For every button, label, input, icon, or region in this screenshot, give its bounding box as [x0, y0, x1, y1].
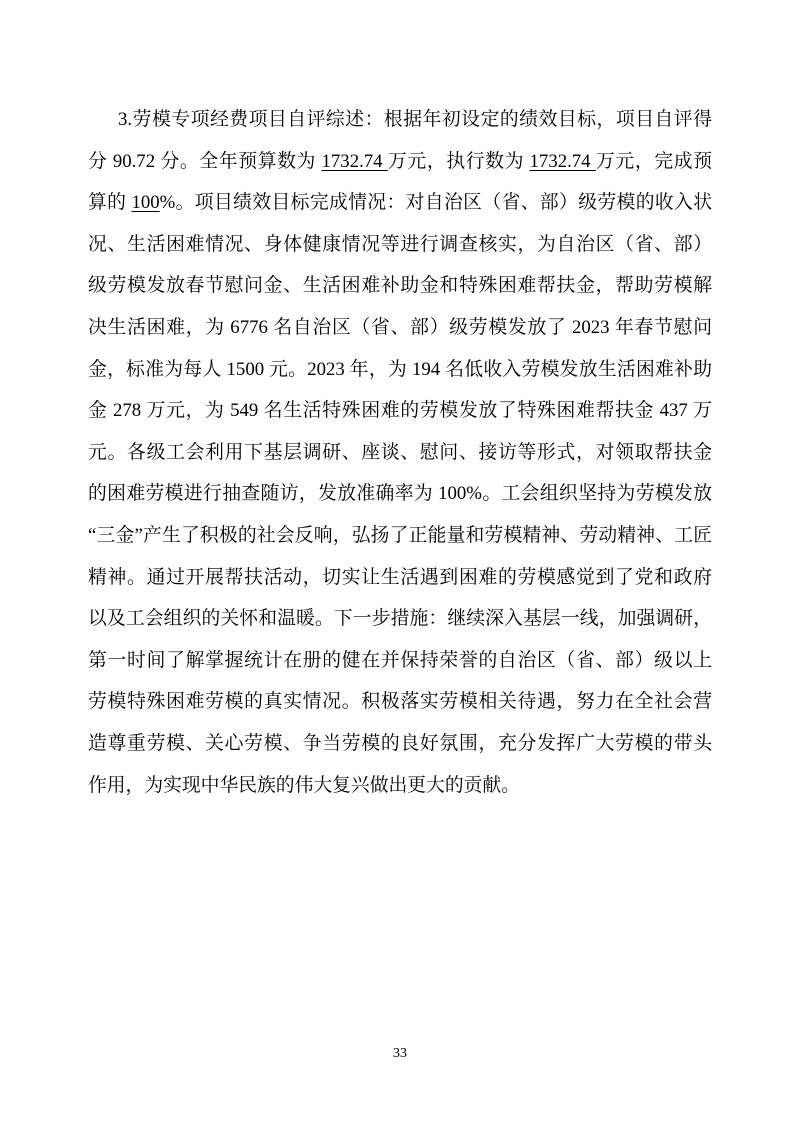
text-line: 况、生活困难情况、身体健康情况等进行调查核实，为自治区（省、部） — [88, 224, 712, 266]
text-segment: %。项目绩效目标完成情况：对自治区（省、部）级劳模的收入状 — [160, 192, 712, 213]
text-line: 分 90.72 分。全年预算数为 1732.74 万元，执行数为 1732.74… — [88, 141, 712, 183]
text-segment: 算的 — [88, 192, 131, 213]
document-page: 3.劳模专项经费项目自评综述：根据年初设定的绩效目标，项目自评得分 90.72 … — [0, 0, 800, 1131]
text-line: 元。各级工会利用下基层调研、座谈、慰问、接访等形式，对领取帮扶金 — [88, 432, 712, 474]
underlined-value: 100 — [131, 192, 159, 213]
text-line: 作用，为实现中华民族的伟大复兴做出更大的贡献。 — [88, 765, 712, 807]
text-segment: 分 90.72 分。全年预算数为 — [88, 151, 322, 172]
text-line: 精神。通过开展帮扶活动，切实让生活遇到困难的劳模感觉到了党和政府 — [88, 557, 712, 599]
text-segment: 况、生活困难情况、身体健康情况等进行调查核实，为自治区（省、部） — [88, 234, 712, 255]
text-line: 的困难劳模进行抽查随访，发放准确率为 100%。工会组织坚持为劳模发放 — [88, 473, 712, 515]
text-line: 3.劳模专项经费项目自评综述：根据年初设定的绩效目标，项目自评得 — [88, 99, 712, 141]
text-segment: 劳模特殊困难劳模的真实情况。积极落实劳模相关待遇，努力在全社会营 — [88, 691, 712, 712]
text-segment: 以及工会组织的关怀和温暖。下一步措施：继续深入基层一线，加强调研， — [88, 608, 712, 629]
text-segment: 级劳模发放春节慰问金、生活困难补助金和特殊困难帮扶金，帮助劳模解 — [88, 275, 712, 296]
text-segment: 造尊重劳模、关心劳模、争当劳模的良好氛围，充分发挥广大劳模的带头 — [88, 733, 712, 754]
text-line: 劳模特殊困难劳模的真实情况。积极落实劳模相关待遇，努力在全社会营 — [88, 681, 712, 723]
text-line: 级劳模发放春节慰问金、生活困难补助金和特殊困难帮扶金，帮助劳模解 — [88, 265, 712, 307]
text-segment: 的困难劳模进行抽查随访，发放准确率为 100%。工会组织坚持为劳模发放 — [88, 483, 712, 504]
page-number: 33 — [0, 1046, 800, 1062]
underlined-value: 1732.74 — [530, 151, 596, 172]
text-line: 金 278 万元，为 549 名生活特殊困难的劳模发放了特殊困难帮扶金 437 … — [88, 390, 712, 432]
text-line: 第一时间了解掌握统计在册的健在并保持荣誉的自治区（省、部）级以上 — [88, 640, 712, 682]
underlined-value: 1732.74 — [322, 151, 388, 172]
text-segment: 金，标准为每人 1500 元。2023 年，为 194 名低收入劳模发放生活困难… — [88, 359, 712, 380]
text-segment: 万元，执行数为 — [388, 151, 530, 172]
text-line: 造尊重劳模、关心劳模、争当劳模的良好氛围，充分发挥广大劳模的带头 — [88, 723, 712, 765]
text-segment: “三金”产生了积极的社会反响，弘扬了正能量和劳模精神、劳动精神、工匠 — [88, 525, 712, 546]
text-segment: 决生活困难，为 6776 名自治区（省、部）级劳模发放了 2023 年春节慰问 — [88, 317, 712, 338]
text-line: “三金”产生了积极的社会反响，弘扬了正能量和劳模精神、劳动精神、工匠 — [88, 515, 712, 557]
text-segment: 万元，完成预 — [596, 151, 712, 172]
text-segment: 3.劳模专项经费项目自评综述：根据年初设定的绩效目标，项目自评得 — [118, 109, 712, 130]
text-segment: 第一时间了解掌握统计在册的健在并保持荣誉的自治区（省、部）级以上 — [88, 650, 712, 671]
text-segment: 精神。通过开展帮扶活动，切实让生活遇到困难的劳模感觉到了党和政府 — [88, 567, 712, 588]
body-paragraph: 3.劳模专项经费项目自评综述：根据年初设定的绩效目标，项目自评得分 90.72 … — [88, 99, 712, 806]
text-line: 决生活困难，为 6776 名自治区（省、部）级劳模发放了 2023 年春节慰问 — [88, 307, 712, 349]
text-segment: 元。各级工会利用下基层调研、座谈、慰问、接访等形式，对领取帮扶金 — [88, 442, 712, 463]
text-line: 金，标准为每人 1500 元。2023 年，为 194 名低收入劳模发放生活困难… — [88, 349, 712, 391]
text-segment: 金 278 万元，为 549 名生活特殊困难的劳模发放了特殊困难帮扶金 437 … — [88, 400, 712, 421]
text-line: 以及工会组织的关怀和温暖。下一步措施：继续深入基层一线，加强调研， — [88, 598, 712, 640]
text-line: 算的 100%。项目绩效目标完成情况：对自治区（省、部）级劳模的收入状 — [88, 182, 712, 224]
text-segment: 作用，为实现中华民族的伟大复兴做出更大的贡献。 — [88, 775, 520, 796]
